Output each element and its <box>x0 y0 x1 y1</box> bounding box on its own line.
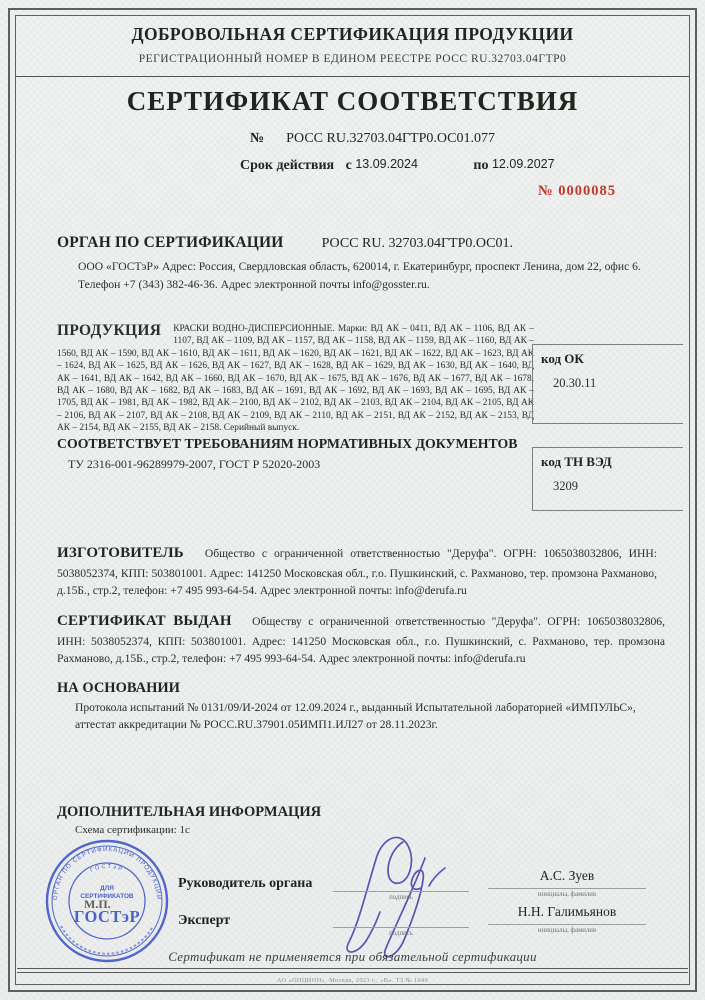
basis-details: Протокола испытаний № 0131/09/И-2024 от … <box>75 699 657 734</box>
certification-body-heading: ОРГАН ПО СЕРТИФИКАЦИИ <box>57 234 284 251</box>
form-number: № 0000085 <box>538 183 616 200</box>
expert-signature-caption: подпись <box>333 930 469 937</box>
expert-label: Эксперт <box>178 913 230 929</box>
issued-to-heading: СЕРТИФИКАТ ВЫДАН <box>57 613 232 629</box>
to-label: по <box>473 158 488 173</box>
tn-code-box: код ТН ВЭД 3209 <box>532 447 683 511</box>
expert-name-caption: инициалы, фамилия <box>488 927 646 934</box>
head-name-caption: инициалы, фамилия <box>488 891 646 898</box>
footer-divider-bottom <box>17 972 688 973</box>
program-title: ДОБРОВОЛЬНАЯ СЕРТИФИКАЦИЯ ПРОДУКЦИИ <box>0 24 705 45</box>
certificate-number-row: №РОСС RU.32703.04ГТР0.ОС01.077 <box>250 131 495 147</box>
stamp-graphic: М.П. ОРГАН ПО СЕРТИФИКАЦИИ ПРОДУКЦИИ ГОС… <box>44 838 170 964</box>
certificate-number: РОСС RU.32703.04ГТР0.ОС01.077 <box>286 131 495 146</box>
certification-body-row: ОРГАН ПО СЕРТИФИКАЦИИ РОСС RU. 32703.04Г… <box>57 234 657 252</box>
validity-row: Срок действия с 13.09.2024 по 12.09.2027 <box>240 158 555 174</box>
certificate-title: СЕРТИФИКАТ СООТВЕТСТВИЯ <box>0 86 705 117</box>
product-description: КРАСКИ ВОДНО-ДИСПЕРСИОННЫЕ. Марки: ВД АК… <box>57 324 534 433</box>
expert-name-line <box>488 924 646 925</box>
certification-scheme: Схема сертификации: 1с <box>75 824 190 836</box>
stamp-org-name: ГОСТэР <box>74 907 140 926</box>
head-name-line <box>488 888 646 889</box>
printing-house-info: АО «ОПЦИОН», Москва, 2023 г., «В». ТЗ № … <box>0 977 705 984</box>
certificate-page: ДОБРОВОЛЬНАЯ СЕРТИФИКАЦИЯ ПРОДУКЦИИ РЕГИ… <box>0 0 705 1000</box>
issued-to-section: СЕРТИФИКАТ ВЫДАН Обществу с ограниченной… <box>57 610 665 667</box>
registry-number-line: РЕГИСТРАЦИОННЫЙ НОМЕР В ЕДИНОМ РЕЕСТРЕ Р… <box>0 53 705 65</box>
head-signature-line <box>333 891 469 892</box>
head-signature-caption: подпись <box>333 894 469 901</box>
certification-body-code: РОСС RU. 32703.04ГТР0.ОС01. <box>322 236 513 251</box>
expert-signature-line <box>333 927 469 928</box>
ok-code-box: код ОК 20.30.11 <box>532 344 683 424</box>
footer-note: Сертификат не применяется при обязательн… <box>0 949 705 965</box>
ok-code-label: код ОК <box>541 351 683 367</box>
manufacturer-heading: ИЗГОТОВИТЕЛЬ <box>57 545 184 561</box>
header-divider <box>16 76 689 77</box>
validity-label: Срок действия <box>240 158 334 173</box>
additional-info-heading: ДОПОЛНИТЕЛЬНАЯ ИНФОРМАЦИЯ <box>57 804 321 821</box>
valid-from-date: 13.09.2024 <box>355 157 418 171</box>
compliance-documents: ТУ 2316-001-96289979-2007, ГОСТ Р 52020-… <box>68 457 528 472</box>
from-label: с <box>346 158 352 173</box>
certification-body-details: ООО «ГОСТэР» Адрес: Россия, Свердловская… <box>78 258 656 294</box>
footer-divider-top <box>17 968 688 969</box>
product-section: ПРОДУКЦИЯ КРАСКИ ВОДНО-ДИСПЕРСИОННЫЕ. Ма… <box>57 323 534 435</box>
expert-name: Н.Н. Галимьянов <box>488 904 646 920</box>
head-of-body-label: Руководитель органа <box>178 876 312 892</box>
tn-code-label: код ТН ВЭД <box>541 454 683 470</box>
tn-code-value: 3209 <box>553 479 683 494</box>
head-name: А.С. Зуев <box>488 868 646 884</box>
compliance-heading: СООТВЕТСТВУЕТ ТРЕБОВАНИЯМ НОРМАТИВНЫХ ДО… <box>57 436 537 452</box>
number-label: № <box>250 131 264 146</box>
manufacturer-section: ИЗГОТОВИТЕЛЬ Общество с ограниченной отв… <box>57 542 657 599</box>
product-heading: ПРОДУКЦИЯ <box>57 323 161 339</box>
stamp-purpose-line1: ДЛЯ <box>100 885 114 892</box>
stamp: М.П. ОРГАН ПО СЕРТИФИКАЦИИ ПРОДУКЦИИ ГОС… <box>44 838 170 964</box>
ok-code-value: 20.30.11 <box>553 376 683 391</box>
basis-heading: НА ОСНОВАНИИ <box>57 680 180 697</box>
stamp-purpose-line2: СЕРТИФИКАТОВ <box>80 893 134 900</box>
valid-to-date: 12.09.2027 <box>492 157 555 171</box>
